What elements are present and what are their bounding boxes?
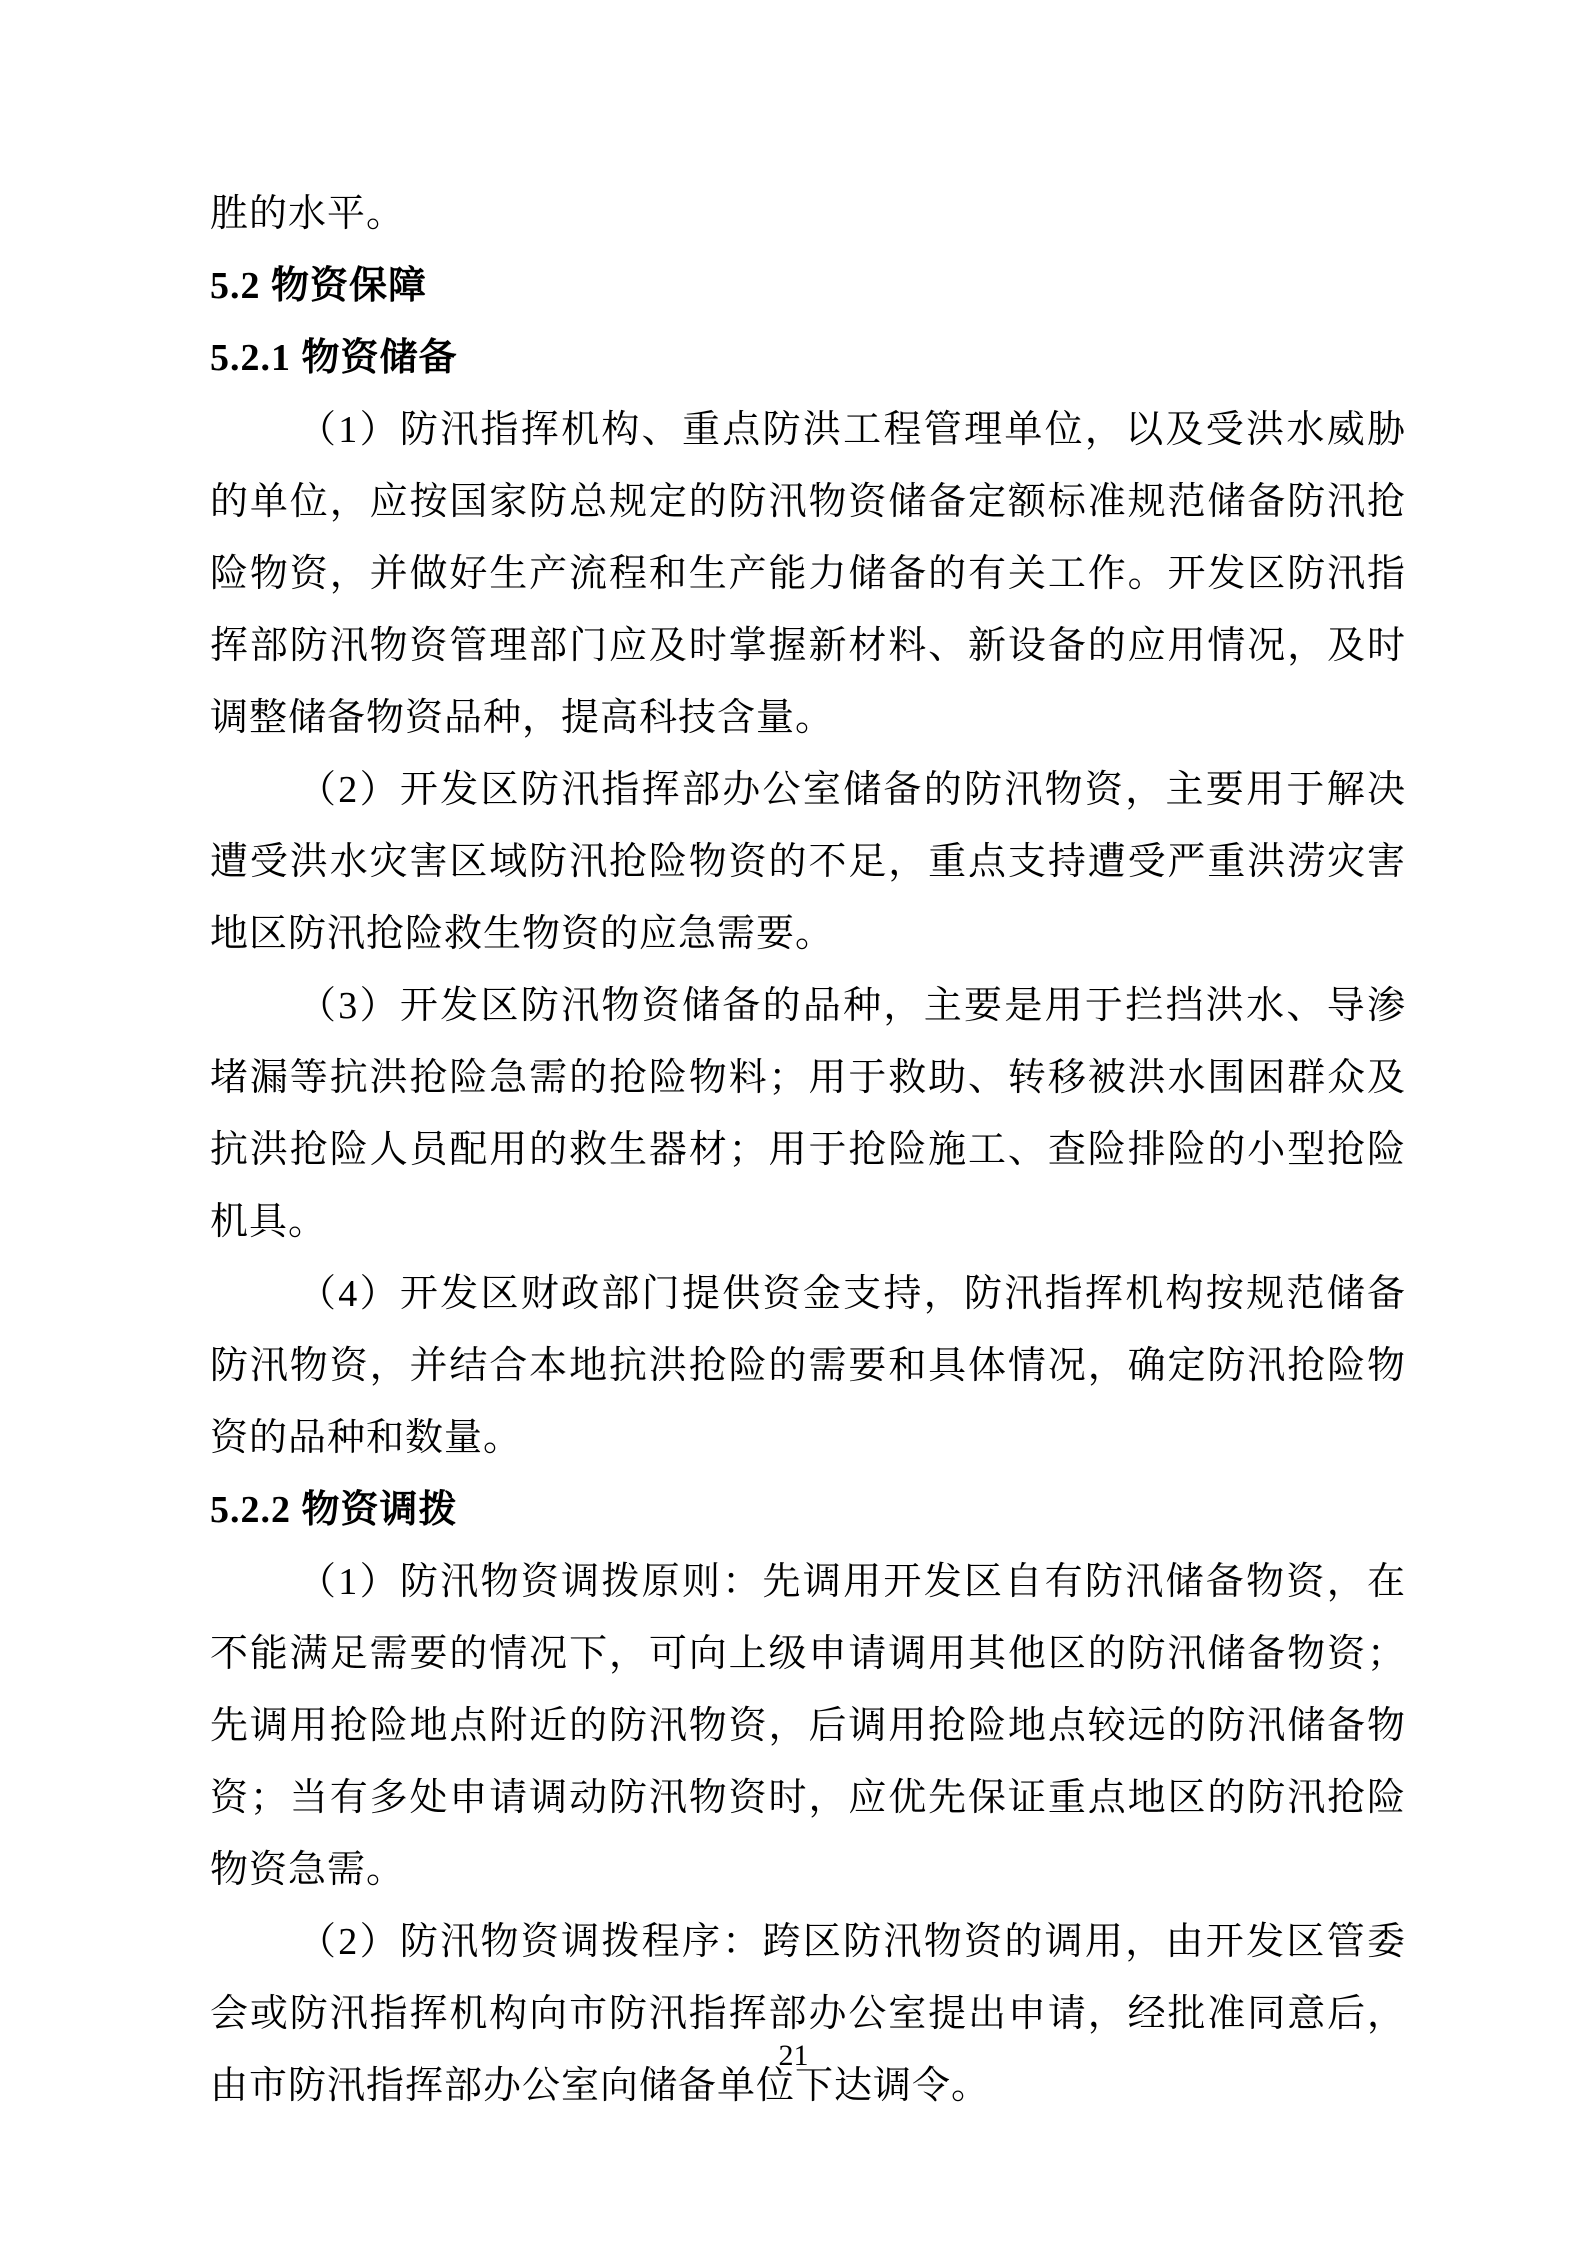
heading-5-2-1: 5.2.1 物资储备 xyxy=(210,322,1406,394)
heading-5-2: 5.2 物资保障 xyxy=(210,250,1406,322)
paragraph-storage-3: （3）开发区防汛物资储备的品种，主要是用于拦挡洪水、导渗堵漏等抗洪抢险急需的抢险… xyxy=(210,970,1406,1258)
heading-5-2-2: 5.2.2 物资调拨 xyxy=(210,1474,1406,1546)
paragraph-allocation-1: （1）防汛物资调拨原则：先调用开发区自有防汛储备物资，在不能满足需要的情况下，可… xyxy=(210,1546,1406,1906)
continuation-line: 胜的水平。 xyxy=(210,178,1406,250)
paragraph-storage-4: （4）开发区财政部门提供资金支持，防汛指挥机构按规范储备防汛物资，并结合本地抗洪… xyxy=(210,1258,1406,1474)
page-number: 21 xyxy=(0,2020,1587,2092)
document-body: 胜的水平。 5.2 物资保障 5.2.1 物资储备 （1）防汛指挥机构、重点防洪… xyxy=(210,178,1406,2122)
paragraph-storage-2: （2）开发区防汛指挥部办公室储备的防汛物资，主要用于解决遭受洪水灾害区域防汛抢险… xyxy=(210,754,1406,970)
paragraph-storage-1: （1）防汛指挥机构、重点防洪工程管理单位，以及受洪水威胁的单位，应按国家防总规定… xyxy=(210,394,1406,754)
document-page: 胜的水平。 5.2 物资保障 5.2.1 物资储备 （1）防汛指挥机构、重点防洪… xyxy=(0,0,1587,2245)
